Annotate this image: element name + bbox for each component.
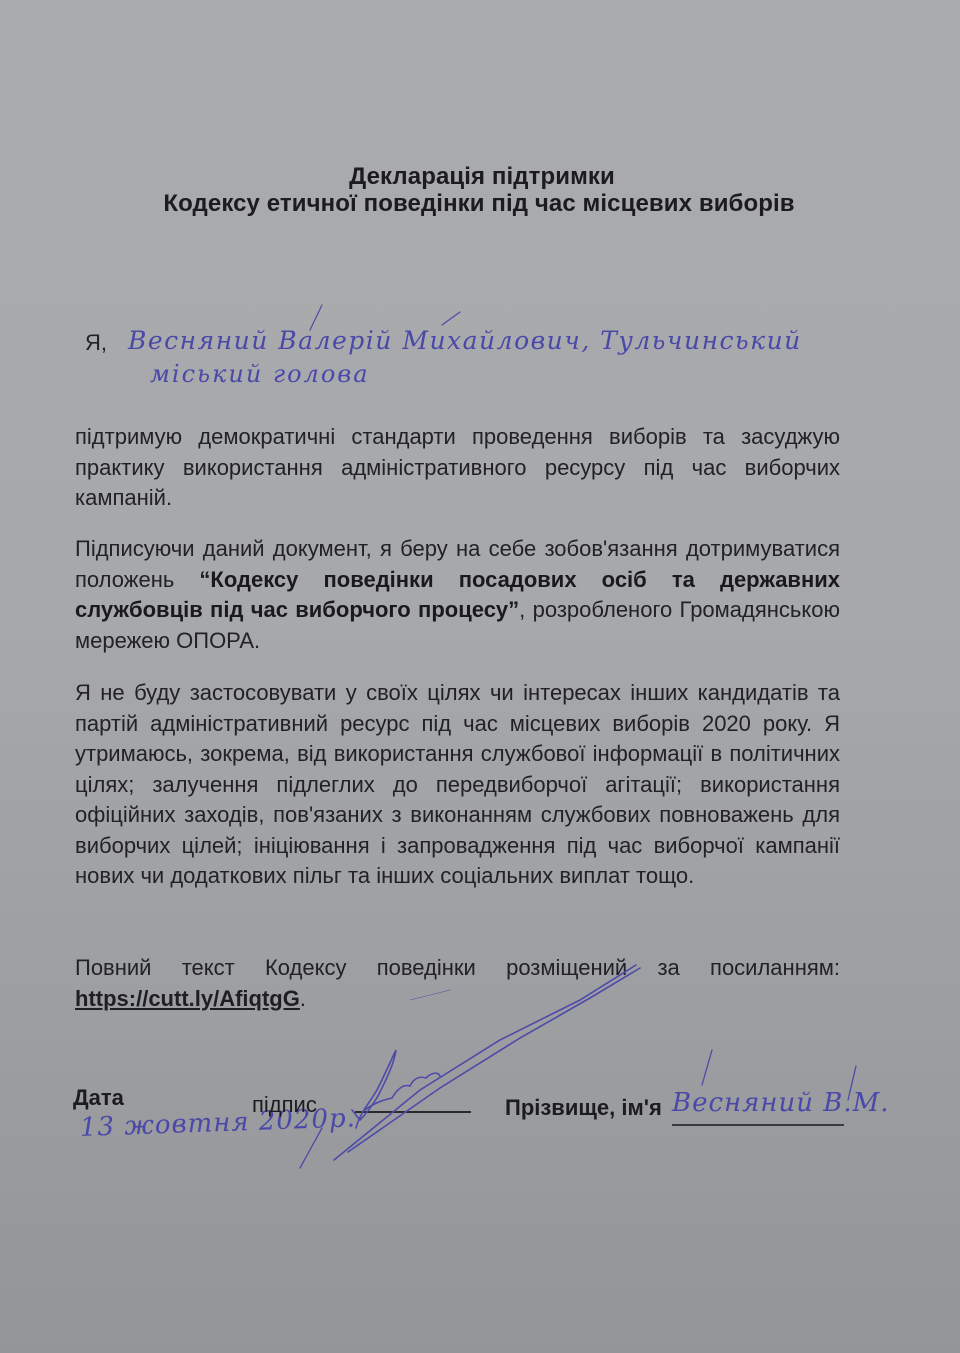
code-link[interactable]: https://cutt.ly/AfiqtgG xyxy=(75,986,300,1011)
paragraph-full-text-link: Повний текст Кодексу поведінки розміщени… xyxy=(75,953,840,1014)
handwritten-name-line1: Весняний Валерій Михайлович, Тульчинськи… xyxy=(128,326,802,355)
intro-prefix: Я, xyxy=(85,330,107,356)
signature-loop xyxy=(352,1050,396,1128)
document-title-line2: Кодексу етичної поведінки під час місцев… xyxy=(0,190,959,218)
document-title-line1: Декларація підтримки xyxy=(2,163,960,191)
link-suffix: . xyxy=(300,986,306,1011)
paragraph-support: підтримую демократичні стандарти проведе… xyxy=(75,422,840,514)
date-label: Дата xyxy=(73,1085,124,1111)
scanned-document-page: Декларація підтримки Кодексу етичної пов… xyxy=(0,0,960,1353)
signature-flourish xyxy=(362,1073,440,1112)
link-intro-text: Повний текст Кодексу поведінки розміщени… xyxy=(75,955,840,980)
signature-line xyxy=(355,1111,471,1113)
name-label: Прізвище, ім'я xyxy=(505,1095,662,1121)
name-underline xyxy=(672,1124,844,1126)
handwritten-surname: Весняний В.М. xyxy=(672,1088,890,1118)
signature-label: підпис xyxy=(252,1092,317,1118)
paragraph-commitment: Підписуючи даний документ, я беру на себ… xyxy=(75,534,840,656)
handwritten-name-line2: міський голова xyxy=(150,360,370,388)
paragraph-obligations: Я не буду застосовувати у своїх цілях чи… xyxy=(75,678,840,892)
